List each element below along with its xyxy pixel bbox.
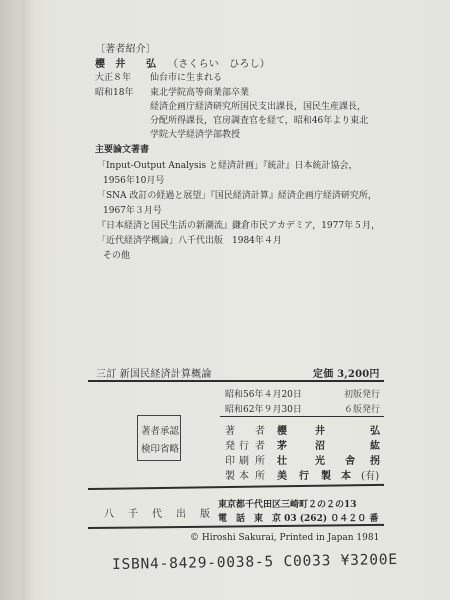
works-line-3: 「SNA 改訂の経過と展望」『国民経済計算』経済企画庁経済研究所，	[97, 188, 377, 201]
book-colophon-page: 〔著者紹介〕 櫻 井 弘 （さくらい ひろし） 大正８年 仙台市に生まれる 昭和…	[0, 0, 450, 600]
publisher-address: 東京都千代田区三崎町２の２の13	[218, 497, 357, 510]
bio-era-2: 昭和18年	[95, 85, 133, 98]
career-line-1: 経済企画庁経済研究所国民支出課長，国民生産課長，	[150, 99, 366, 112]
edition-label-2: ６版発行	[344, 402, 380, 415]
divider-line	[88, 484, 384, 490]
bio-era-1: 大正８年	[95, 70, 131, 83]
edition-label-1: 初版発行	[344, 387, 380, 400]
divider-line	[88, 380, 384, 382]
career-line-2: 分配所得課長，官房調査官を経て，昭和46年より東北	[150, 113, 368, 126]
price: 定価 3,200円	[313, 365, 380, 380]
works-line-4: 1967年３月号	[103, 203, 162, 216]
publisher-phone: 電 話 東 京 03 (262) ０４２０ 番	[218, 511, 378, 524]
divider-line	[220, 416, 384, 417]
author-profile-heading: 〔著者紹介〕	[95, 40, 156, 55]
bio-text-1: 仙台市に生まれる	[150, 70, 222, 83]
author-name: 櫻 井 弘	[95, 55, 156, 70]
seal-omission-box: 著者承認 検印省略	[137, 415, 181, 461]
edition-date-2: 昭和62年９月30日	[225, 402, 302, 415]
copyright-notice: © Hiroshi Sakurai, Printed in Japan 1981	[190, 533, 379, 543]
publisher-name: 八 千 代 出 版	[104, 505, 212, 520]
career-line-3: 学院大学経済学部教授	[150, 127, 240, 140]
stamp-line-1: 著者承認	[141, 423, 179, 437]
bio-text-2: 東北学院高等商業部卒業	[150, 85, 249, 98]
edition-date-1: 昭和56年４月20日	[225, 387, 302, 400]
works-line-2: 1956年10月号	[103, 173, 164, 186]
works-heading: 主要論文著書	[95, 142, 149, 155]
isbn-code: ISBN4-8429-0038-5 C0033 ¥3200E	[112, 552, 398, 573]
works-line-1: 「Input-Output Analysis と経済計画」『統計』日本統計協会，	[97, 158, 358, 171]
author-reading: （さくらい ひろし）	[168, 55, 270, 70]
works-line-5: 『日本経済と国民生活の新潮流』鎌倉市民アカデミア，1977年５月，	[97, 218, 380, 231]
works-line-7: その他	[103, 248, 130, 261]
works-line-6: 「近代経済学概論」八千代出版 1984年４月	[97, 233, 282, 246]
divider-line	[88, 524, 384, 529]
stamp-line-2: 検印省略	[141, 441, 179, 455]
book-title: 三訂 新国民経済計算概論	[96, 365, 212, 380]
